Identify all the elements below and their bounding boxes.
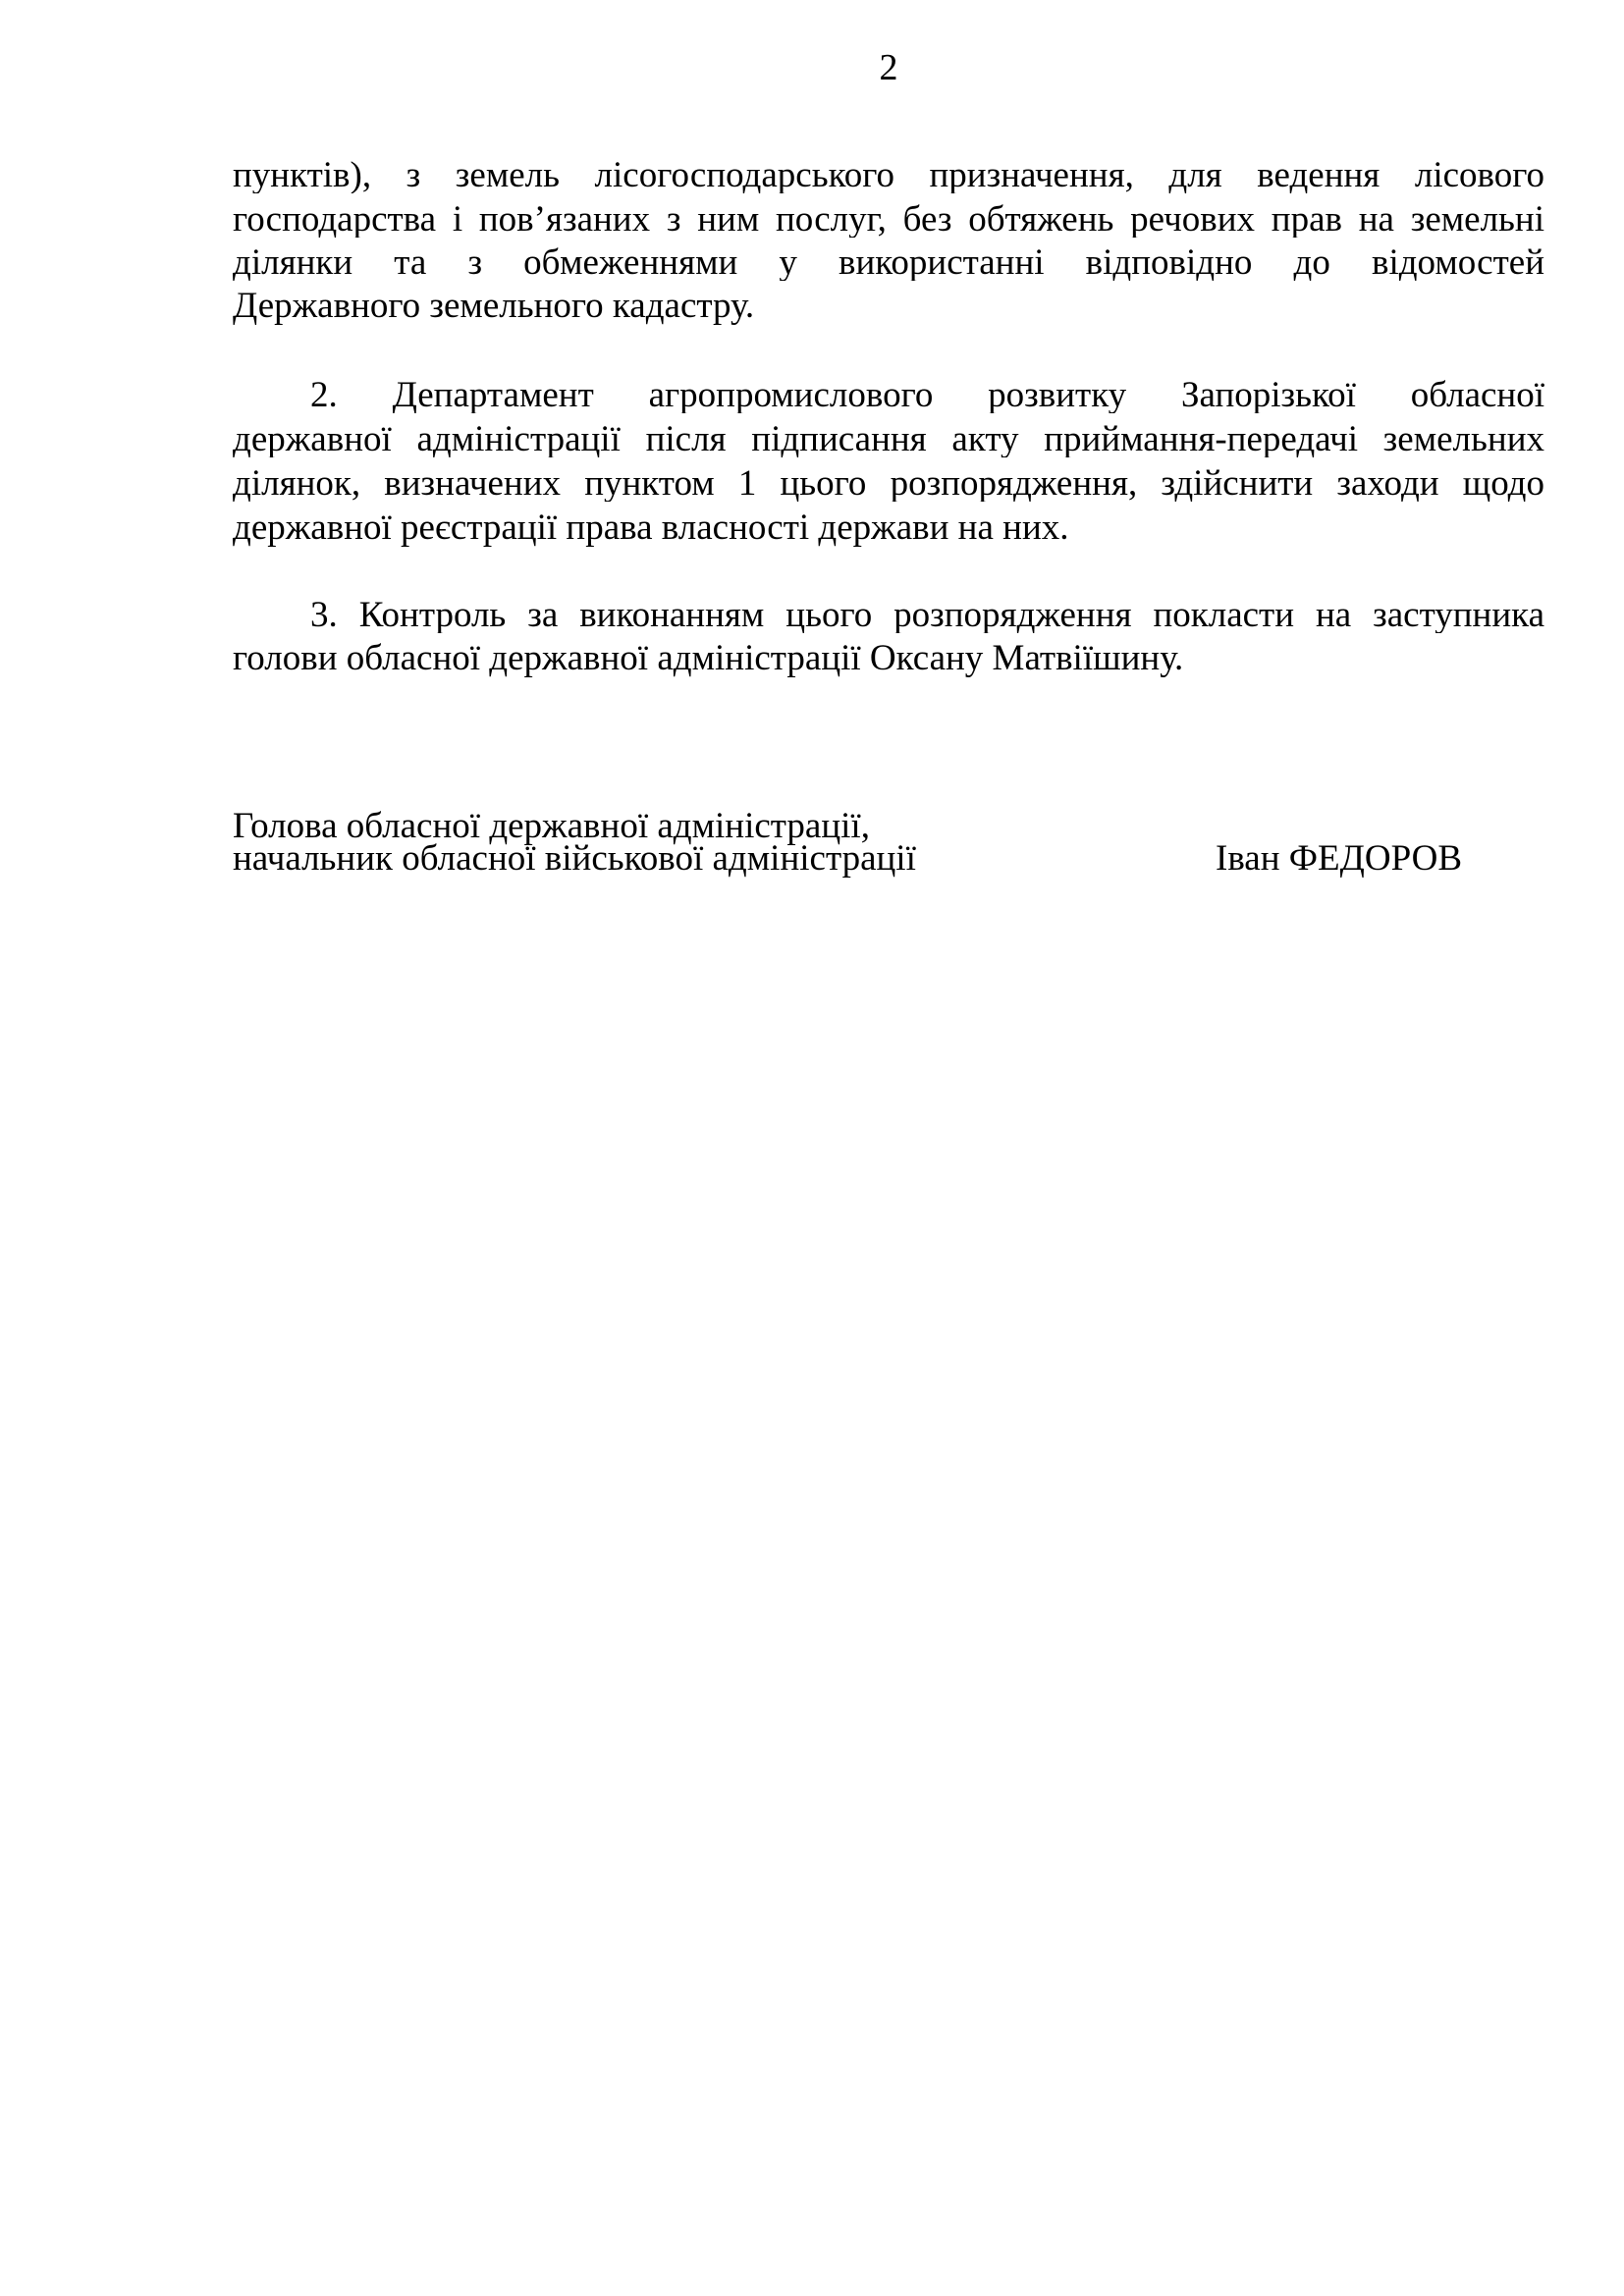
paragraph-line: голови обласної державної адміністрації … (233, 640, 1183, 676)
signatory-position-line-2: начальник обласної військової адміністра… (233, 840, 916, 877)
paragraph-line: державної адміністрації після підписання… (233, 421, 1544, 457)
paragraph-line: Державного земельного кадастру. (233, 288, 754, 324)
paragraph-line: державної реєстрації права власності дер… (233, 509, 1069, 546)
paragraph-line: пунктів), з земель лісогосподарського пр… (233, 157, 1544, 193)
paragraph-line: ділянки та з обмеженнями у використанні … (233, 244, 1544, 281)
paragraph-line: 2. Департамент агропромислового розвитку… (310, 377, 1544, 413)
paragraph-line: господарства і пов’язаних з ним послуг, … (233, 201, 1544, 238)
signatory-name: Іван ФЕДОРОВ (1216, 840, 1462, 877)
paragraph-line: 3. Контроль за виконанням цього розпоряд… (310, 597, 1544, 633)
page-number: 2 (0, 49, 1624, 86)
paragraph-line: ділянок, визначених пунктом 1 цього розп… (233, 465, 1544, 502)
